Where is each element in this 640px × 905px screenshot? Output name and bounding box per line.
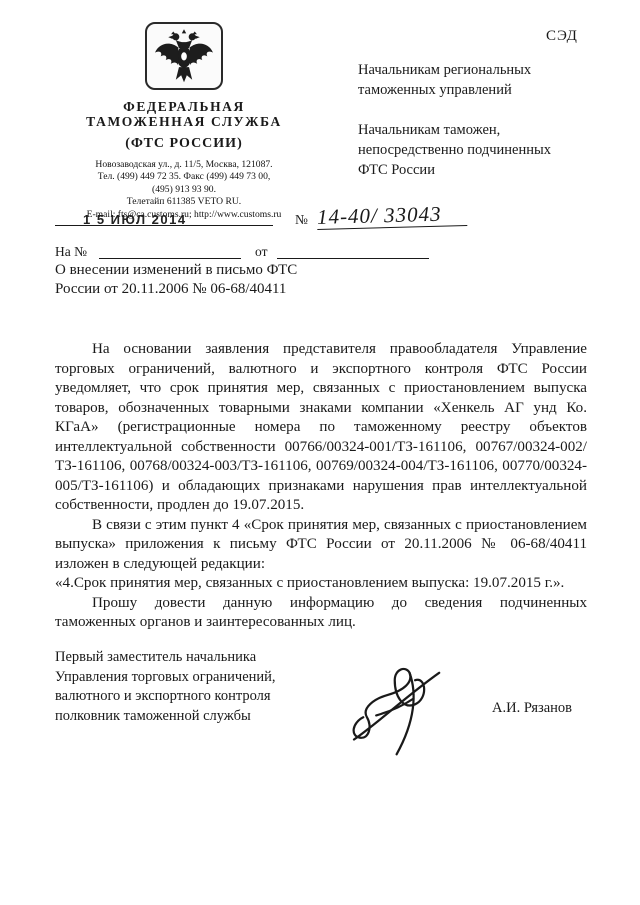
body-paragraph-2: В связи с этим пункт 4 «Срок принятия ме… bbox=[55, 516, 587, 575]
signature-title-line4: полковник таможенной службы bbox=[55, 707, 315, 727]
org-abbr: (ФТС РОССИИ) bbox=[38, 136, 330, 152]
reply-number-label: На № bbox=[55, 244, 87, 260]
scanned-letter-page: СЭД bbox=[0, 0, 640, 905]
date-stamp: 1 5 ИЮЛ 2014 bbox=[83, 212, 187, 227]
letter-body: На основании заявления представителя пра… bbox=[55, 340, 587, 633]
addressees: Начальникам региональных таможенных упра… bbox=[358, 60, 593, 180]
subject-line1: О внесении изменений в письмо ФТС bbox=[55, 261, 375, 280]
sed-system-label: СЭД bbox=[546, 28, 578, 45]
outgoing-number-handwritten: 14-40/ 33043 bbox=[317, 201, 468, 230]
addressee2-line1: Начальникам таможен, bbox=[358, 120, 593, 140]
org-address-line2: Тел. (499) 449 72 35. Факс (499) 449 73 … bbox=[38, 171, 330, 183]
reference-block: 1 5 ИЮЛ 2014 № 14-40/ 33043 На № от bbox=[55, 208, 587, 262]
coat-of-arms-icon bbox=[145, 22, 223, 90]
body-paragraph-4: Прошу довести данную информацию до сведе… bbox=[55, 594, 587, 633]
registration-row: 1 5 ИЮЛ 2014 № 14-40/ 33043 bbox=[55, 208, 587, 238]
subject-line2: России от 20.11.2006 № 06-68/40411 bbox=[55, 280, 375, 299]
handwritten-signature-icon bbox=[348, 658, 460, 758]
reply-reference-row: На № от bbox=[55, 242, 587, 262]
signer-name: А.И. Рязанов bbox=[492, 700, 572, 717]
addressee1-line2: таможенных управлений bbox=[358, 80, 593, 100]
addressee1-line1: Начальникам региональных bbox=[358, 60, 593, 80]
org-name: ФЕДЕРАЛЬНАЯ ТАМОЖЕННАЯ СЛУЖБА bbox=[38, 99, 330, 129]
signature-title-line2: Управления торговых ограничений, bbox=[55, 668, 315, 688]
body-paragraph-3: «4.Срок принятия мер, связанных с приост… bbox=[55, 574, 587, 594]
reply-number-blank bbox=[99, 242, 241, 259]
addressee2-line2: непосредственно подчиненных bbox=[358, 140, 593, 160]
org-address-line3: (495) 913 93 90. bbox=[38, 184, 330, 196]
org-address-line1: Новозаводская ул., д. 11/5, Москва, 1210… bbox=[38, 159, 330, 171]
number-label: № bbox=[295, 212, 308, 228]
org-address-line4: Телетайп 611385 VETO RU. bbox=[38, 196, 330, 208]
org-name-line1: ФЕДЕРАЛЬНАЯ bbox=[38, 99, 330, 114]
signature-title: Первый заместитель начальника Управления… bbox=[55, 648, 315, 726]
letterhead: ФЕДЕРАЛЬНАЯ ТАМОЖЕННАЯ СЛУЖБА (ФТС РОССИ… bbox=[38, 22, 330, 221]
signature-title-line3: валютного и экспортного контроля bbox=[55, 687, 315, 707]
date-stamp-zone: 1 5 ИЮЛ 2014 bbox=[55, 208, 273, 234]
subject: О внесении изменений в письмо ФТС России… bbox=[55, 261, 375, 299]
signature-title-line1: Первый заместитель начальника bbox=[55, 648, 315, 668]
reply-date-label: от bbox=[255, 244, 267, 260]
body-paragraph-1: На основании заявления представителя пра… bbox=[55, 340, 587, 516]
reply-date-blank bbox=[277, 242, 429, 259]
addressee-block-1: Начальникам региональных таможенных упра… bbox=[358, 60, 593, 100]
addressee-block-2: Начальникам таможен, непосредственно под… bbox=[358, 120, 593, 180]
org-name-line2: ТАМОЖЕННАЯ СЛУЖБА bbox=[38, 114, 330, 129]
addressee2-line3: ФТС России bbox=[358, 160, 593, 180]
